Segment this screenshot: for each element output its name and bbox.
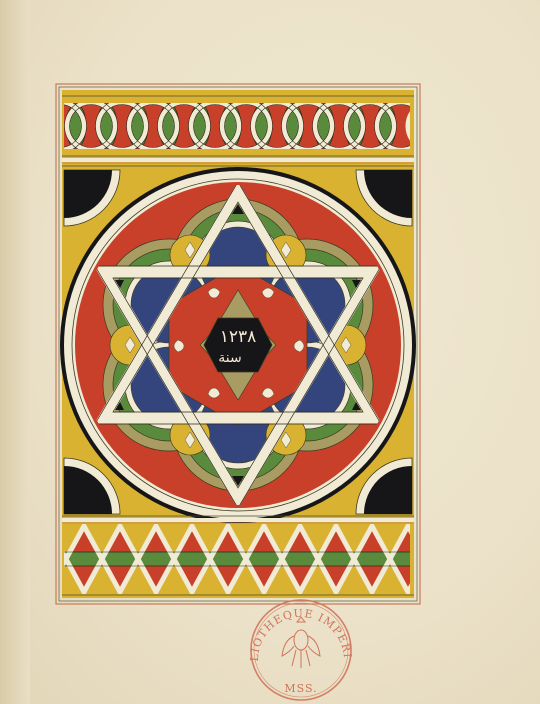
eagle-emblem-icon bbox=[282, 617, 320, 668]
hexagram-medallion: ١٢٣٨ سنة bbox=[60, 167, 416, 523]
inscription-word: سنة bbox=[218, 350, 241, 366]
inscription-numerals: ١٢٣٨ bbox=[220, 327, 257, 347]
illumination-panel: ١٢٣٨ سنة bbox=[0, 0, 540, 704]
stamp-text-bottom: MSS. bbox=[284, 682, 317, 695]
bottom-lozenge-band bbox=[48, 516, 444, 595]
